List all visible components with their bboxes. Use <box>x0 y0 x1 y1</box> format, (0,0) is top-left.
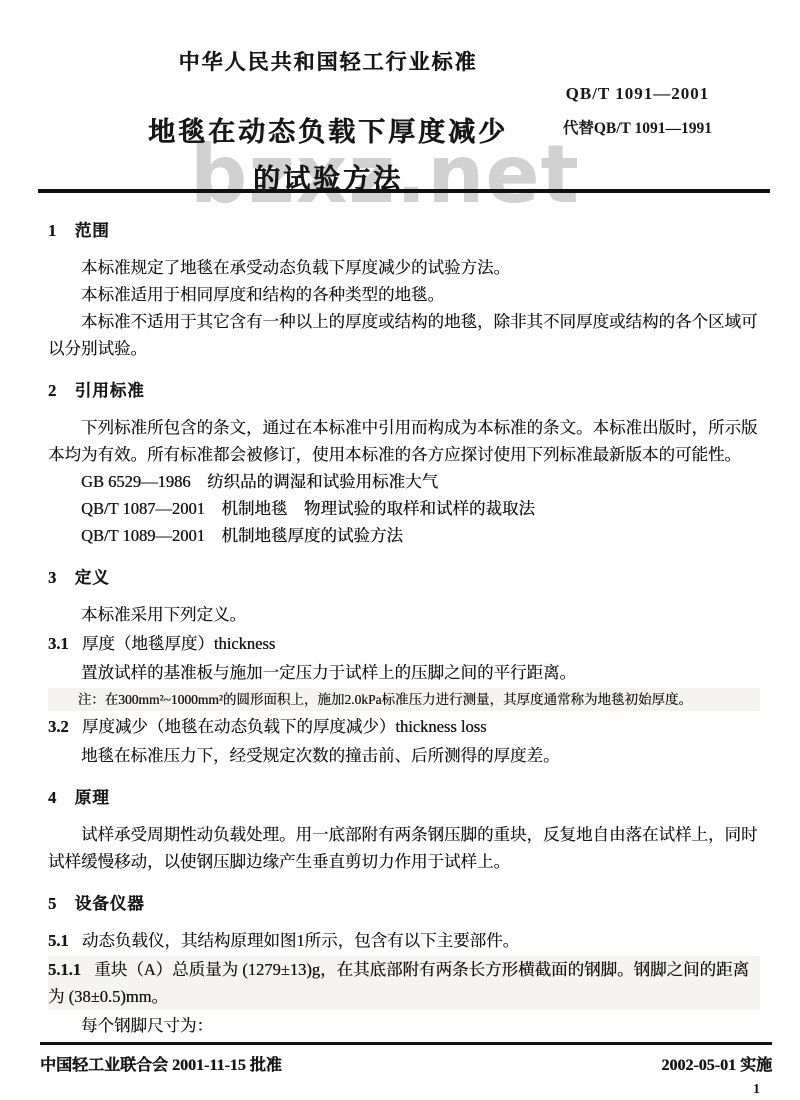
scanned-standard-page: bzxz.net 中华人民共和国轻工行业标准 地毯在动态负载下厚度减少 的试验方… <box>0 0 800 1100</box>
section-5-paragraph: 每个钢脚尺寸为： <box>48 1012 760 1039</box>
document-body: 1 范围 本标准规定了地毯在承受动态负载下厚度减少的试验方法。 本标准适用于相同… <box>48 202 760 1039</box>
section-4-paragraph: 试样承受周期性动负载处理。用一底部附有两条钢压脚的重块，反复地自由落在试样上，同… <box>48 821 760 875</box>
clause-text: 动态负载仪，其结构原理如图1所示，包含有以下主要部件。 <box>82 931 519 950</box>
clause-text: 重块（A）总质量为 (1279±13)g，在其底部附有两条长方形横截面的钢脚。钢… <box>48 960 749 1006</box>
footer-divider-rule <box>40 1042 772 1045</box>
implementation-note: 2002-05-01 实施 <box>661 1052 772 1075</box>
clause-3-1-heading: 3.1厚度（地毯厚度）thickness <box>48 630 760 657</box>
section-3-heading: 3 定义 <box>48 564 760 591</box>
section-5-heading: 5 设备仪器 <box>48 890 760 917</box>
section-2-paragraph: 下列标准所包含的条文，通过在本标准中引用而构成为本标准的条文。本标准出版时，所示… <box>48 414 760 468</box>
clause-title: 厚度（地毯厚度）thickness <box>82 634 275 653</box>
header-title-column: 中华人民共和国轻工行业标准 地毯在动态负载下厚度减少 的试验方法 <box>48 46 608 196</box>
section-1-paragraph: 本标准不适用于其它含有一种以上的厚度或结构的地毯，除非其不同厚度或结构的各个区域… <box>48 308 760 362</box>
section-3-paragraph: 本标准采用下列定义。 <box>48 601 760 628</box>
section-1-paragraph: 本标准适用于相同厚度和结构的各种类型的地毯。 <box>48 281 760 308</box>
clause-number: 3.1 <box>48 634 69 653</box>
section-1-paragraph: 本标准规定了地毯在承受动态负载下厚度减少的试验方法。 <box>48 254 760 281</box>
reference-item: QB/T 1089—2001 机制地毯厚度的试验方法 <box>81 522 760 549</box>
clause-title: 厚度减少（地毯在动态负载下的厚度减少）thickness loss <box>82 717 487 736</box>
reference-item: GB 6529—1986 纺织品的调湿和试验用标准大气 <box>81 468 760 495</box>
standard-type-title: 中华人民共和国轻工行业标准 <box>48 46 608 76</box>
document-header: 中华人民共和国轻工行业标准 地毯在动态负载下厚度减少 的试验方法 QB/T 10… <box>48 0 760 196</box>
footer-row: 中国轻工业联合会 2001-11-15 批准 2002-05-01 实施 <box>40 1052 772 1075</box>
clause-number: 5.1 <box>48 931 69 950</box>
clause-3-1-note: 注：在300mm²~1000mm²的圆形面积上，施加2.0kPa标准压力进行测量… <box>48 688 760 711</box>
reference-item: QB/T 1087—2001 机制地毯 物理试验的取样和试样的裁取法 <box>81 495 760 522</box>
standard-code-block: QB/T 1091—2001 代替QB/T 1091—1991 <box>563 84 712 138</box>
section-1-heading: 1 范围 <box>48 217 760 244</box>
replaces-note: 代替QB/T 1091—1991 <box>563 116 712 138</box>
clause-number: 5.1.1 <box>48 960 81 979</box>
clause-3-1-definition: 置放试样的基准板与施加一定压力于试样上的压脚之间的平行距离。 <box>48 659 760 686</box>
document-title-line1: 地毯在动态负载下厚度减少 <box>48 110 608 149</box>
approval-note: 中国轻工业联合会 2001-11-15 批准 <box>40 1052 282 1075</box>
document-footer: 中国轻工业联合会 2001-11-15 批准 2002-05-01 实施 1 <box>40 1042 772 1075</box>
clause-5-1: 5.1动态负载仪，其结构原理如图1所示，包含有以下主要部件。 <box>48 927 760 954</box>
header-divider-rule <box>38 189 770 193</box>
clause-3-2-definition: 地毯在标准压力下，经受规定次数的撞击前、后所测得的厚度差。 <box>48 742 760 769</box>
section-2-heading: 2 引用标准 <box>48 377 760 404</box>
clause-5-1-1: 5.1.1重块（A）总质量为 (1279±13)g，在其底部附有两条长方形横截面… <box>48 956 760 1010</box>
clause-3-2-heading: 3.2厚度减少（地毯在动态负载下的厚度减少）thickness loss <box>48 713 760 740</box>
page-number: 1 <box>753 1082 760 1098</box>
standard-code: QB/T 1091—2001 <box>563 84 712 104</box>
section-4-heading: 4 原理 <box>48 784 760 811</box>
clause-number: 3.2 <box>48 717 69 736</box>
